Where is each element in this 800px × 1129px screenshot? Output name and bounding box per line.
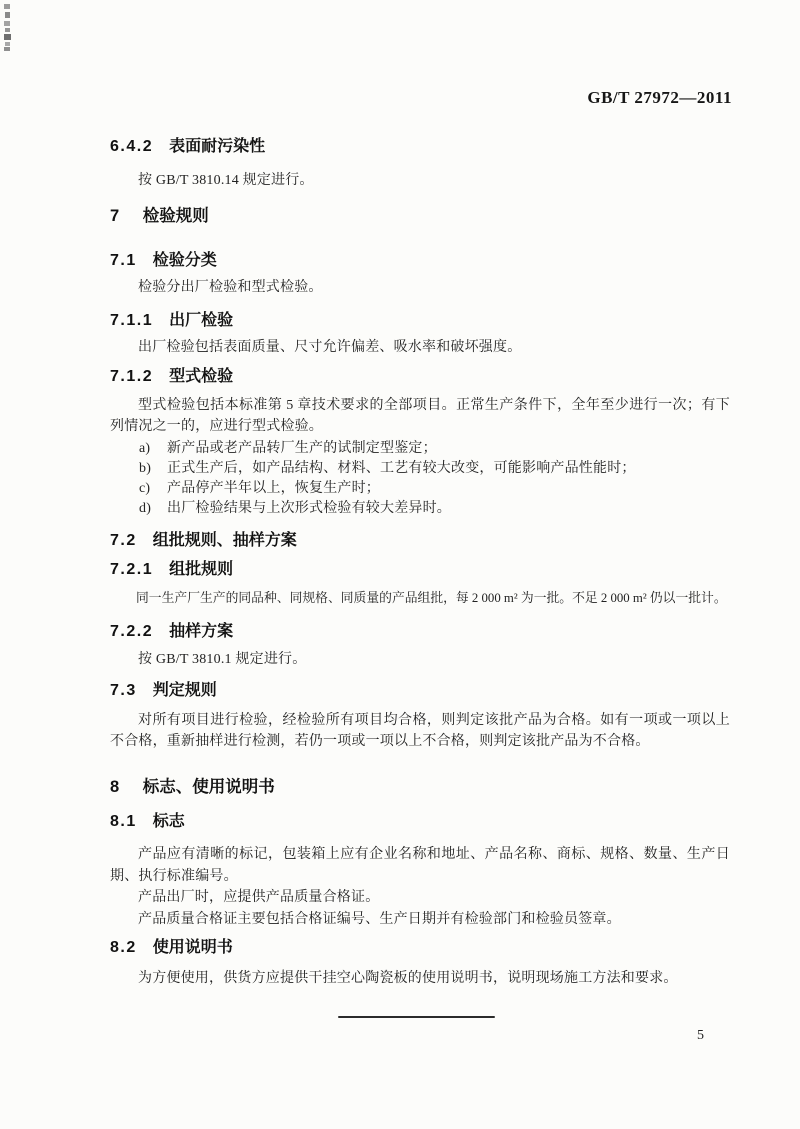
heading-title: 判定规则 bbox=[153, 682, 217, 699]
heading-number: 7.3 bbox=[110, 680, 137, 702]
list-item-text: 产品停产半年以上，恢复生产时； bbox=[167, 481, 380, 496]
list-item-a: a)新产品或老产品转厂生产的试制定型鉴定； bbox=[110, 439, 730, 459]
list-marker: b) bbox=[139, 459, 167, 479]
document-page: GB/T 27972—2011 6.4.2表面耐污染性 按 GB/T 3810.… bbox=[0, 0, 800, 1129]
heading-title: 抽样方案 bbox=[169, 623, 233, 640]
list-item-text: 出厂检验结果与上次形式检验有较大差异时。 bbox=[167, 501, 451, 516]
list-7-1-2: a)新产品或老产品转厂生产的试制定型鉴定； b)正式生产后，如产品结构、材料、工… bbox=[110, 439, 730, 519]
heading-7-2-1: 7.2.1组批规则 bbox=[110, 559, 730, 581]
list-marker: c) bbox=[139, 479, 167, 499]
heading-number: 8.1 bbox=[110, 811, 137, 833]
heading-8-1: 8.1标志 bbox=[110, 811, 730, 833]
heading-7-1-1: 7.1.1出厂检验 bbox=[110, 310, 730, 332]
heading-number: 7.2.2 bbox=[110, 621, 153, 643]
heading-7: 7检验规则 bbox=[110, 205, 730, 227]
heading-7-1: 7.1检验分类 bbox=[110, 250, 730, 272]
heading-title: 出厂检验 bbox=[169, 312, 233, 329]
heading-7-2-2: 7.2.2抽样方案 bbox=[110, 621, 730, 643]
paragraph-7-3: 对所有项目进行检验，经检验所有项目均合格，则判定该批产品为合格。如有一项或一项以… bbox=[110, 710, 730, 752]
heading-number: 6.4.2 bbox=[110, 136, 153, 158]
heading-number: 8 bbox=[110, 776, 121, 798]
paragraph-8-1-certificate: 产品出厂时，应提供产品质量合格证。 bbox=[110, 887, 730, 908]
paragraph-7-2-2: 按 GB/T 3810.1 规定进行。 bbox=[110, 649, 730, 670]
heading-8: 8标志、使用说明书 bbox=[110, 776, 730, 798]
heading-number: 8.2 bbox=[110, 937, 137, 959]
paragraph-7-1-1: 出厂检验包括表面质量、尺寸允许偏差、吸水率和破坏强度。 bbox=[110, 337, 730, 358]
heading-title: 使用说明书 bbox=[153, 939, 233, 956]
paragraph-8-1-certificate-content: 产品质量合格证主要包括合格证编号、生产日期并有检验部门和检验员签章。 bbox=[110, 909, 730, 930]
heading-title: 组批规则、抽样方案 bbox=[153, 532, 297, 549]
list-item-b: b)正式生产后，如产品结构、材料、工艺有较大改变，可能影响产品性能时； bbox=[110, 459, 730, 479]
heading-title: 表面耐污染性 bbox=[169, 138, 265, 155]
footer-divider bbox=[338, 1016, 495, 1018]
heading-number: 7 bbox=[110, 205, 121, 227]
paragraph-7-2-1: 同一生产厂生产的同品种、同规格、同质量的产品组批，每 2 000 m² 为一批。… bbox=[110, 588, 730, 609]
list-marker: d) bbox=[139, 499, 167, 519]
heading-title: 检验规则 bbox=[143, 207, 209, 225]
paragraph-7-1: 检验分出厂检验和型式检验。 bbox=[110, 277, 730, 298]
heading-title: 标志、使用说明书 bbox=[143, 778, 275, 796]
heading-8-2: 8.2使用说明书 bbox=[110, 937, 730, 959]
list-marker: a) bbox=[139, 439, 167, 459]
heading-number: 7.1.2 bbox=[110, 366, 153, 388]
heading-number: 7.2 bbox=[110, 530, 137, 552]
heading-title: 标志 bbox=[153, 813, 185, 830]
paragraph-7-1-2: 型式检验包括本标准第 5 章技术要求的全部项目。正常生产条件下，全年至少进行一次… bbox=[110, 395, 730, 437]
heading-title: 型式检验 bbox=[169, 368, 233, 385]
paragraph-8-1-marking: 产品应有清晰的标记，包装箱上应有企业名称和地址、产品名称、商标、规格、数量、生产… bbox=[110, 844, 730, 888]
heading-title: 组批规则 bbox=[169, 561, 233, 578]
standard-code-header: GB/T 27972—2011 bbox=[587, 88, 732, 108]
list-item-text: 新产品或老产品转厂生产的试制定型鉴定； bbox=[167, 441, 437, 456]
page-number: 5 bbox=[697, 1028, 704, 1044]
heading-6-4-2: 6.4.2表面耐污染性 bbox=[110, 136, 730, 158]
paragraph-6-4-2: 按 GB/T 3810.14 规定进行。 bbox=[110, 170, 730, 191]
heading-7-2: 7.2组批规则、抽样方案 bbox=[110, 530, 730, 552]
heading-number: 7.1 bbox=[110, 250, 137, 272]
list-item-text: 正式生产后，如产品结构、材料、工艺有较大改变，可能影响产品性能时； bbox=[167, 461, 636, 476]
heading-title: 检验分类 bbox=[153, 252, 217, 269]
paragraph-8-2: 为方便使用，供货方应提供干挂空心陶瓷板的使用说明书，说明现场施工方法和要求。 bbox=[110, 968, 730, 989]
heading-7-3: 7.3判定规则 bbox=[110, 680, 730, 702]
list-item-c: c)产品停产半年以上，恢复生产时； bbox=[110, 479, 730, 499]
heading-number: 7.2.1 bbox=[110, 559, 153, 581]
list-item-d: d)出厂检验结果与上次形式检验有较大差异时。 bbox=[110, 499, 730, 519]
heading-number: 7.1.1 bbox=[110, 310, 153, 332]
heading-7-1-2: 7.1.2型式检验 bbox=[110, 366, 730, 388]
